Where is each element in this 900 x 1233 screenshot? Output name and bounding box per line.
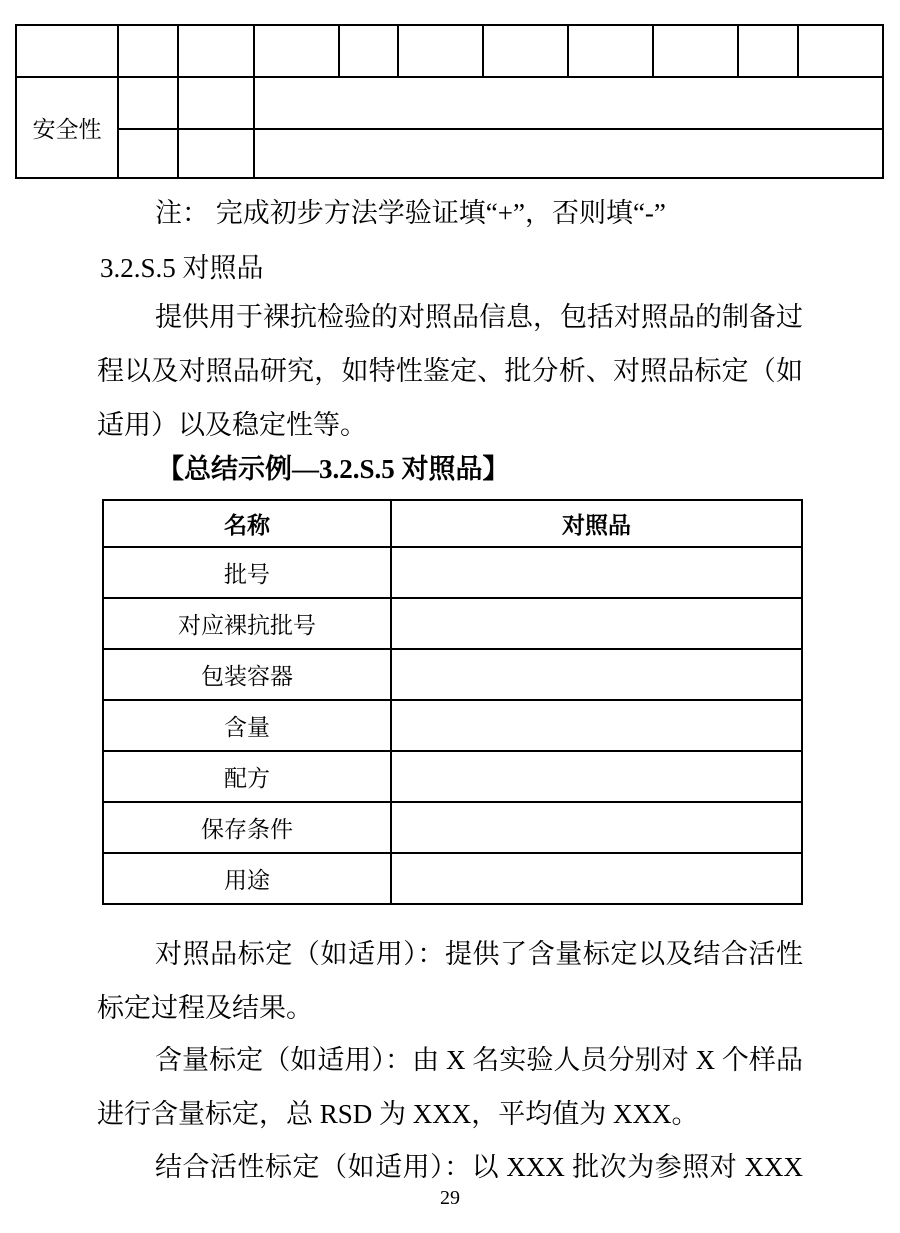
- paragraph-line: 标定过程及结果。: [97, 981, 803, 1035]
- empty-cell: [254, 25, 339, 77]
- empty-cell: [118, 77, 178, 129]
- column-header-reference: 对照品: [391, 500, 802, 547]
- table-row: 安全性: [16, 77, 883, 129]
- example-title: 【总结示例—3.2.S.5 对照品】: [97, 447, 510, 491]
- paragraph-line: 适用）以及稳定性等。: [97, 398, 803, 452]
- calibration-paragraph: 对照品标定（如适用）：提供了含量标定以及结合活性 标定过程及结果。: [97, 927, 803, 1035]
- table-header-row: 名称 对照品: [103, 500, 802, 547]
- table-row: 包装容器: [103, 649, 802, 700]
- paragraph-line: 含量标定（如适用）：由 X 名实验人员分别对 X 个样品: [97, 1033, 803, 1087]
- empty-cell: [178, 77, 254, 129]
- table-row: 含量: [103, 700, 802, 751]
- value-cell: [391, 547, 802, 598]
- empty-cell: [118, 129, 178, 178]
- empty-cell: [483, 25, 568, 77]
- value-cell: [391, 700, 802, 751]
- paragraph-line: 程以及对照品研究，如特性鉴定、批分析、对照品标定（如: [97, 344, 803, 398]
- empty-cell: [339, 25, 398, 77]
- section-heading: 3.2.S.5 对照品: [100, 248, 264, 288]
- row-label-cell: 保存条件: [103, 802, 391, 853]
- empty-cell: [568, 25, 653, 77]
- table-row: [16, 25, 883, 77]
- empty-cell: [118, 25, 178, 77]
- value-cell: [391, 853, 802, 904]
- empty-cell: [798, 25, 883, 77]
- column-header-name: 名称: [103, 500, 391, 547]
- row-label-cell: 批号: [103, 547, 391, 598]
- empty-cell: [178, 25, 254, 77]
- empty-cell: [653, 25, 738, 77]
- value-cell: [391, 802, 802, 853]
- table-row: 保存条件: [103, 802, 802, 853]
- table-row: 配方: [103, 751, 802, 802]
- value-cell: [391, 598, 802, 649]
- safety-row-label: 安全性: [16, 77, 118, 178]
- document-page: 安全性 注： 完成初步方法学验证填“+”，否则填“-” 3.2.S.5 对照品 …: [0, 0, 900, 1233]
- intro-paragraph: 提供用于裸抗检验的对照品信息，包括对照品的制备过 程以及对照品研究，如特性鉴定、…: [97, 290, 803, 452]
- paragraph-line: 对照品标定（如适用）：提供了含量标定以及结合活性: [97, 927, 803, 981]
- empty-cell: [178, 129, 254, 178]
- empty-cell: [16, 25, 118, 77]
- row-label-cell: 配方: [103, 751, 391, 802]
- table-row: 对应裸抗批号: [103, 598, 802, 649]
- table-row: 用途: [103, 853, 802, 904]
- paragraph-line: 提供用于裸抗检验的对照品信息，包括对照品的制备过: [97, 290, 803, 344]
- empty-cell: [254, 77, 883, 129]
- row-label-cell: 包装容器: [103, 649, 391, 700]
- paragraph-line: 进行含量标定，总 RSD 为 XXX，平均值为 XXX。: [97, 1087, 803, 1141]
- value-cell: [391, 649, 802, 700]
- empty-cell: [254, 129, 883, 178]
- table-row: [16, 129, 883, 178]
- table-row: 批号: [103, 547, 802, 598]
- empty-cell: [738, 25, 798, 77]
- reference-standard-table: 名称 对照品 批号 对应裸抗批号 包装容器 含量 配方 保存条件 用途: [102, 499, 803, 905]
- calibration-paragraph: 含量标定（如适用）：由 X 名实验人员分别对 X 个样品 进行含量标定，总 RS…: [97, 1033, 803, 1141]
- table-note: 注： 完成初步方法学验证填“+”，否则填“-”: [97, 196, 803, 230]
- page-number: 29: [0, 1184, 900, 1212]
- empty-cell: [398, 25, 483, 77]
- method-validation-continuation-table: 安全性: [15, 24, 884, 179]
- row-label-cell: 用途: [103, 853, 391, 904]
- value-cell: [391, 751, 802, 802]
- row-label-cell: 对应裸抗批号: [103, 598, 391, 649]
- row-label-cell: 含量: [103, 700, 391, 751]
